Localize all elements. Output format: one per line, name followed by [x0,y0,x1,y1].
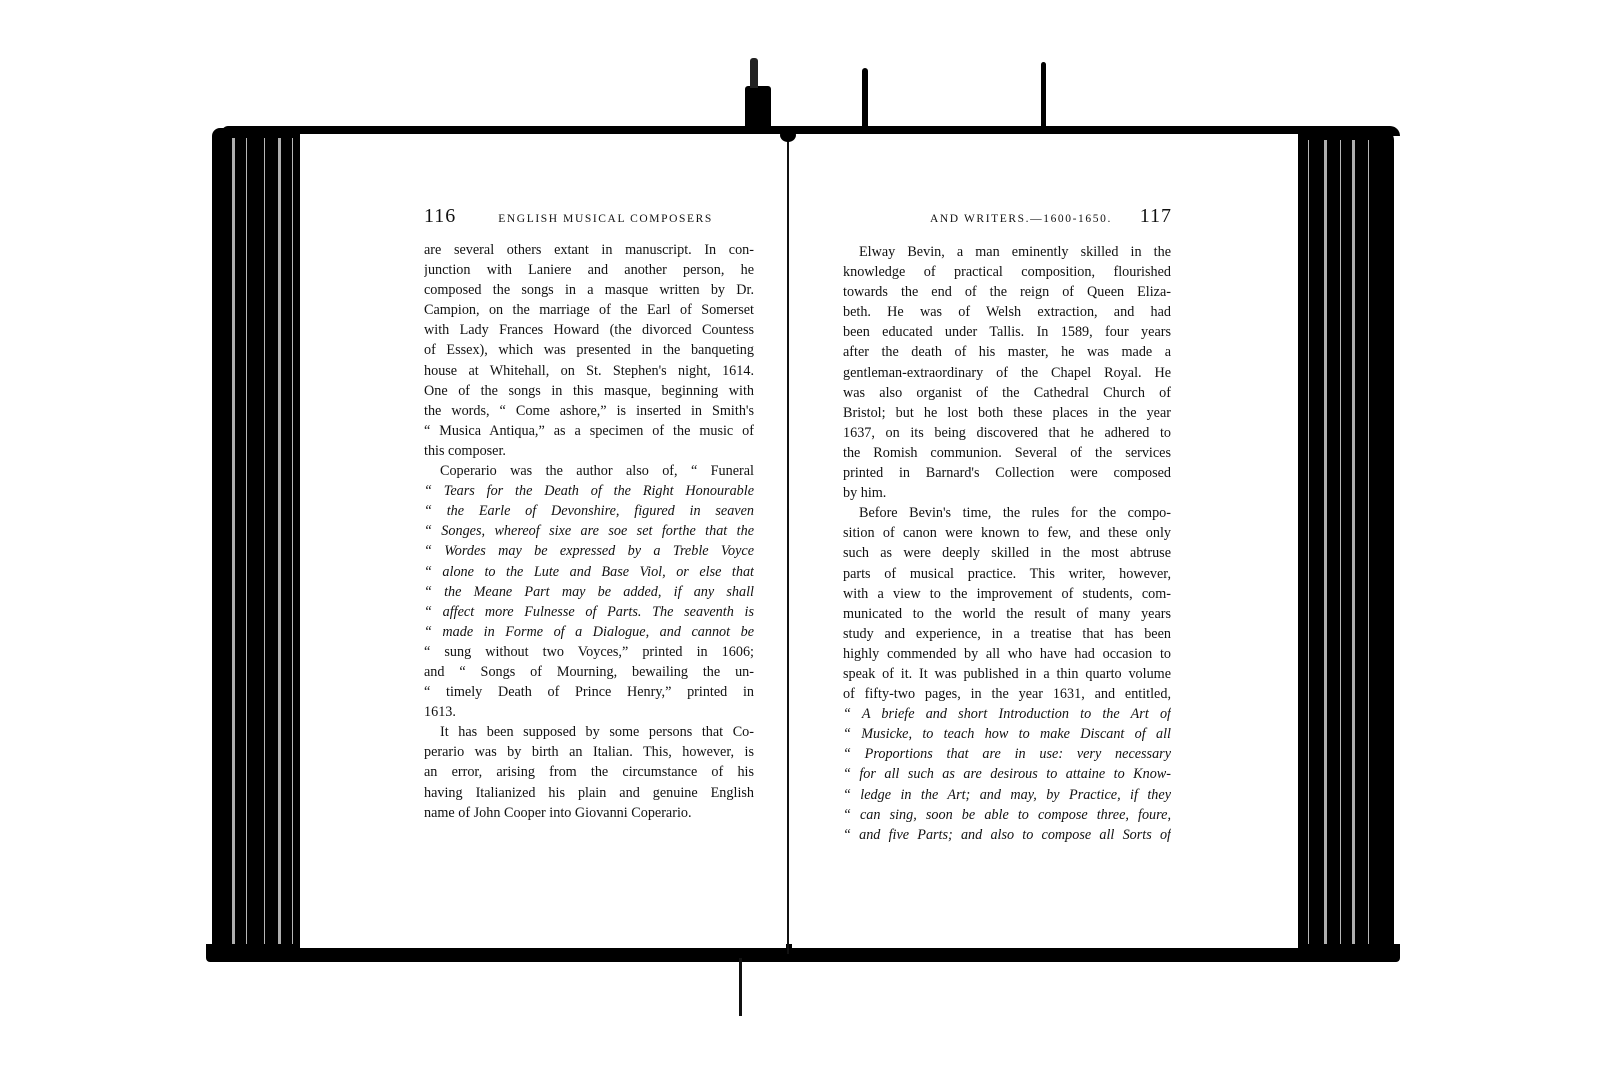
text-line: municated to the world the result of man… [843,604,1171,624]
text-line: by him. [843,483,1171,503]
left-page-body: are several others extant in manuscript.… [424,240,754,823]
text-line: “ Wordes may be expressed by a Treble Vo… [424,541,754,561]
text-line: gentleman-extraordinary of the Chapel Ro… [843,363,1171,383]
right-running-head: AND WRITERS.—1600-1650. 117 [930,205,1172,229]
bookmark-ribbon-1-tip [750,58,758,88]
text-line: an error, arising from the circumstance … [424,762,754,782]
text-line: after the death of his master, he was ma… [843,342,1171,362]
text-line: “ the Earle of Devonshire, figured in se… [424,501,754,521]
text-line: “ the Meane Part may be added, if any sh… [424,582,754,602]
text-line: house at Whitehall, on St. Stephen's nig… [424,361,754,381]
text-line: beth. He was of Welsh extraction, and ha… [843,302,1171,322]
page-number: 116 [424,205,456,228]
text-line: Elway Bevin, a man eminently skilled in … [843,242,1171,262]
text-line: Coperario was the author also of, “ Fune… [424,461,754,481]
text-line: of fifty-two pages, in the year 1631, an… [843,684,1171,704]
text-line: One of the songs in this masque, beginni… [424,381,754,401]
left-running-head: 116 ENGLISH MUSICAL COMPOSERS [424,205,754,229]
text-line: “ and five Parts; and also to compose al… [843,825,1171,845]
text-line: study and experience, in a treatise that… [843,624,1171,644]
text-line: “ for all such as are desirous to attain… [843,764,1171,784]
text-line: sition of canon were known to few, and t… [843,523,1171,543]
text-line: 1637, on its being discovered that he ad… [843,423,1171,443]
text-line: “ Musicke, to teach how to make Discant … [843,724,1171,744]
right-page-body: Elway Bevin, a man eminently skilled in … [843,242,1171,845]
text-line: Campion, on the marriage of the Earl of … [424,300,754,320]
text-line: and “ Songs of Mourning, bewailing the u… [424,662,754,682]
text-line: “ ledge in the Art; and may, by Practice… [843,785,1171,805]
text-line: with Lady Frances Howard (the divorced C… [424,320,754,340]
page-block-right-edge [1294,130,1394,956]
text-line: “ affect more Fulnesse of Parts. The sea… [424,602,754,622]
text-line: Before Bevin's time, the rules for the c… [843,503,1171,523]
text-line: parts of musical practice. This writer, … [843,564,1171,584]
text-line: this composer. [424,441,754,461]
bookmark-tail [739,958,742,1016]
gutter-blot [780,128,796,142]
text-line: Bristol; but he lost both these places i… [843,403,1171,423]
text-line: “ Songes, whereof sixe are soe set forth… [424,521,754,541]
text-line: “ A briefe and short Introduction to the… [843,704,1171,724]
text-line: “ Musica Antiqua,” as a specimen of the … [424,421,754,441]
text-line: with a view to the improvement of studen… [843,584,1171,604]
text-line: “ sung without two Voyces,” printed in 1… [424,642,754,662]
page-block-left-edge [212,128,304,956]
text-line: highly commended by all who have had occ… [843,644,1171,664]
text-line: such as were deeply skilled in the most … [843,543,1171,563]
text-line: printed in Barnard's Collection were com… [843,463,1171,483]
gutter [787,134,789,954]
open-book: 116 ENGLISH MUSICAL COMPOSERS AND WRITER… [0,0,1600,1078]
text-line: “ timely Death of Prince Henry,” printed… [424,682,754,702]
text-line: are several others extant in manuscript.… [424,240,754,260]
text-line: “ Tears for the Death of the Right Honou… [424,481,754,501]
text-line: “ Proportions that are in use: very nece… [843,744,1171,764]
text-line: “ can sing, soon be able to compose thre… [843,805,1171,825]
text-line: having Italianized his plain and genuine… [424,783,754,803]
text-line: been educated under Tallis. In 1589, fou… [843,322,1171,342]
running-title: ENGLISH MUSICAL COMPOSERS [498,213,713,225]
text-line: junction with Laniere and another person… [424,260,754,280]
text-line: of Essex), which was presented in the ba… [424,340,754,360]
page-number: 117 [1140,205,1172,228]
text-line: name of John Cooper into Giovanni Copera… [424,803,754,823]
text-line: 1613. [424,702,754,722]
text-line: speak of it. It was published in a thin … [843,664,1171,684]
bookmark-ribbon-3 [1041,62,1046,134]
text-line: the Romish communion. Several of the ser… [843,443,1171,463]
text-line: “ alone to the Lute and Base Viol, or el… [424,562,754,582]
bookmark-ribbon-2 [862,68,868,134]
text-line: perario was by birth an Italian. This, h… [424,742,754,762]
running-title: AND WRITERS.—1600-1650. [930,213,1112,225]
text-line: the words, “ Come ashore,” is inserted i… [424,401,754,421]
text-line: was also organist of the Cathedral Churc… [843,383,1171,403]
text-line: composed the songs in a masque written b… [424,280,754,300]
text-line: knowledge of practical composition, flou… [843,262,1171,282]
text-line: “ made in Forme of a Dialogue, and canno… [424,622,754,642]
text-line: It has been supposed by some persons tha… [424,722,754,742]
text-line: towards the end of the reign of Queen El… [843,282,1171,302]
